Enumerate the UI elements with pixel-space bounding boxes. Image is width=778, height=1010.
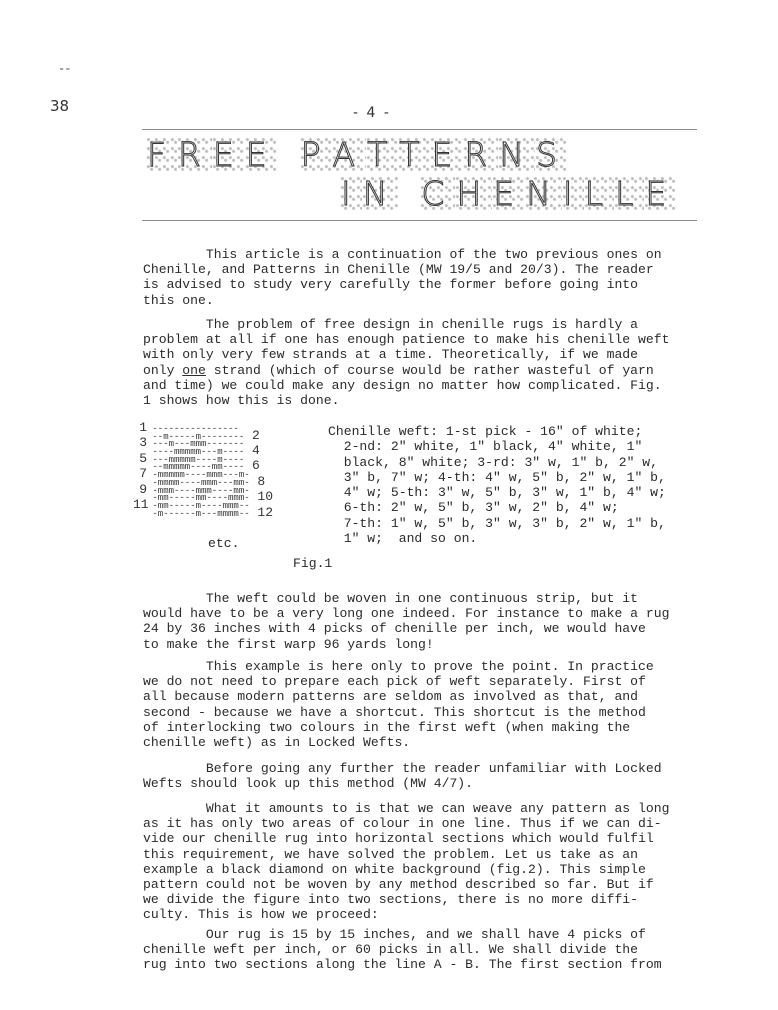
- row-number: 12: [250, 505, 273, 520]
- paragraph-intro: This article is a continuation of the tw…: [143, 247, 713, 308]
- title-letter: L: [584, 175, 614, 213]
- title-letter: E: [430, 136, 463, 174]
- title-letter: A: [332, 136, 367, 174]
- title-word: IN: [340, 175, 398, 213]
- title-letter: T: [366, 136, 398, 174]
- row-number: 8: [250, 474, 266, 489]
- row-number: 10: [250, 489, 273, 504]
- paragraph-rug-size: Our rug is 15 by 15 inches, and we shall…: [143, 927, 713, 973]
- row-number: 11: [133, 501, 147, 509]
- title-letter: F: [146, 136, 177, 174]
- figure-1-caption: Fig.1: [293, 556, 332, 571]
- title-word: CHENILLE: [420, 175, 677, 213]
- title-letter: E: [245, 136, 278, 174]
- title-letter: I: [562, 175, 584, 213]
- paragraph-problem-text-b: strand (which of course would be rather …: [143, 363, 662, 408]
- title-rule-bottom: [142, 220, 697, 221]
- paragraph-example: This example is here only to prove the p…: [143, 659, 713, 750]
- title-letter: H: [455, 175, 492, 213]
- title-letter: N: [362, 175, 399, 213]
- title-word: PATTERNS: [300, 136, 568, 174]
- paragraph-continuous-strip: The weft could be woven in one continuou…: [143, 591, 713, 652]
- page-number-center: - 4 -: [353, 105, 391, 121]
- title-letter: T: [398, 136, 430, 174]
- title-line-2: INCHENILLE: [340, 175, 699, 213]
- title-letter: S: [535, 136, 568, 174]
- title-letter: R: [463, 136, 498, 174]
- figure-1-row: -mmmm----mmm---mm- 8: [133, 478, 273, 486]
- title-letter: E: [492, 175, 525, 213]
- figure-1-row: -m------m---mmmm-- 12: [133, 509, 273, 517]
- title-letter: E: [644, 175, 677, 213]
- title-letter: P: [300, 136, 332, 174]
- emphasis-one: one: [182, 363, 206, 378]
- figure-1-weft-description: Chenille weft: 1-st pick - 16" of white;…: [328, 424, 666, 546]
- row-number: 1: [133, 424, 147, 432]
- title-letter: N: [525, 175, 562, 213]
- title-letter: C: [420, 175, 455, 213]
- row-number: 5: [133, 455, 147, 463]
- title-line-1: FREEPATTERNS: [146, 136, 590, 174]
- row-number: 7: [133, 470, 147, 478]
- corner-mark: --: [58, 62, 70, 76]
- title-letter: N: [498, 136, 535, 174]
- title-letter: R: [177, 136, 212, 174]
- figure-1-row: --mmmmm----mm---- 6: [133, 462, 273, 470]
- page-number-left: 38: [50, 97, 69, 115]
- row-number: 4: [244, 443, 260, 458]
- title-letter: L: [614, 175, 644, 213]
- title-rule-top: [142, 129, 697, 130]
- paragraph-locked-wefts: Before going any further the reader unfa…: [143, 761, 713, 791]
- title-word: FREE: [146, 136, 278, 174]
- figure-1-grid: 1 ---------------- --m-----m-------- 23 …: [133, 424, 273, 516]
- paragraph-two-areas: What it amounts to is that we can weave …: [143, 801, 713, 923]
- figure-1-etc: etc.: [208, 536, 239, 551]
- figure-1-row: ----mmmmm---m---- 4: [133, 447, 273, 455]
- paragraph-problem: The problem of free design in chenille r…: [143, 317, 713, 408]
- row-number: 2: [244, 428, 260, 443]
- row-number: 9: [133, 486, 147, 494]
- figure-1-row: -mm-----mm----mmm- 10: [133, 493, 273, 501]
- title-letter: E: [212, 136, 245, 174]
- row-pattern: -m------m---mmmm--: [147, 509, 250, 519]
- title-letter: I: [340, 175, 362, 213]
- row-number: 3: [133, 439, 147, 447]
